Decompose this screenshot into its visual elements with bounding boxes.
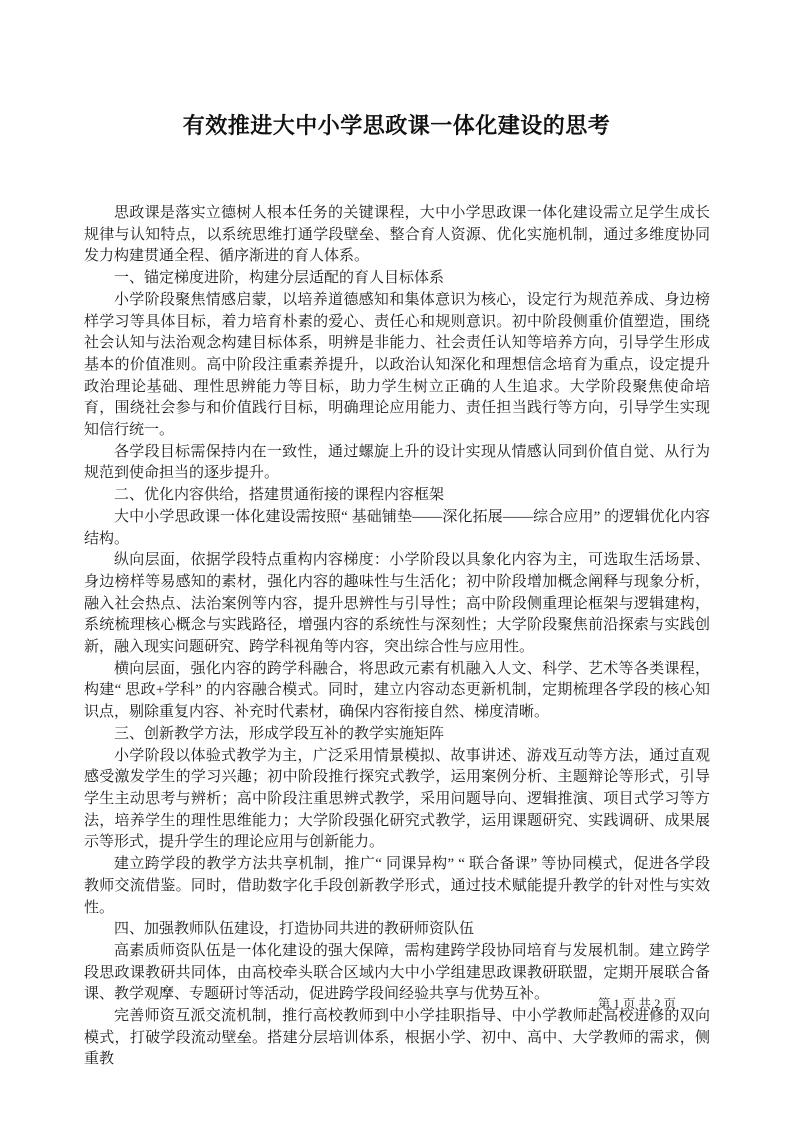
document-page: 有效推进大中小学思政课一体化建设的思考 思政课是落实立德树人根本任务的关键课程，…	[0, 0, 793, 1122]
intro-paragraph: 思政课是落实立德树人根本任务的关键课程，大中小学思政课一体化建设需立足学生成长规…	[84, 203, 710, 268]
section-1-paragraph-2: 各学段目标需保持内在一致性，通过螺旋上升的设计实现从情感认同到价值自觉、从行为规…	[84, 442, 710, 485]
section-2-paragraph-1: 大中小学思政课一体化建设需按照“ 基础铺垫——深化拓展——综合应用” 的逻辑优化…	[84, 507, 710, 550]
section-3-paragraph-1: 小学阶段以体验式教学为主，广泛采用情景模拟、故事讲述、游戏互动等方法，通过直观感…	[84, 746, 710, 855]
section-2-heading: 二、优化内容供给，搭建贯通衔接的课程内容框架	[84, 485, 710, 507]
section-3-paragraph-2: 建立跨学段的教学方法共享机制，推广“ 同课异构” “ 联合备课” 等协同模式，促…	[84, 854, 710, 919]
section-2-paragraph-2: 纵向层面，依据学段特点重构内容梯度：小学阶段以具象化内容为主，可选取生活场景、身…	[84, 550, 710, 659]
page-number-footer: 第 1 页 共 2 页	[598, 996, 676, 1012]
section-2-paragraph-3: 横向层面，强化内容的跨学科融合，将思政元素有机融入人文、科学、艺术等各类课程，构…	[84, 659, 710, 724]
document-title: 有效推进大中小学思政课一体化建设的思考	[0, 0, 793, 141]
section-4-paragraph-2: 完善师资互派交流机制，推行高校教师到中小学挂职指导、中小学教师赴高校进修的双向模…	[84, 1006, 710, 1071]
document-body: 思政课是落实立德树人根本任务的关键课程，大中小学思政课一体化建设需立足学生成长规…	[84, 203, 710, 1071]
section-3-heading: 三、创新教学方法，形成学段互补的教学实施矩阵	[84, 724, 710, 746]
section-1-heading: 一、锚定梯度进阶，构建分层适配的育人目标体系	[84, 268, 710, 290]
section-1-paragraph-1: 小学阶段聚焦情感启蒙，以培养道德感知和集体意识为核心，设定行为规范养成、身边榜样…	[84, 290, 710, 442]
section-4-heading: 四、加强教师队伍建设，打造协同共进的教研师资队伍	[84, 919, 710, 941]
